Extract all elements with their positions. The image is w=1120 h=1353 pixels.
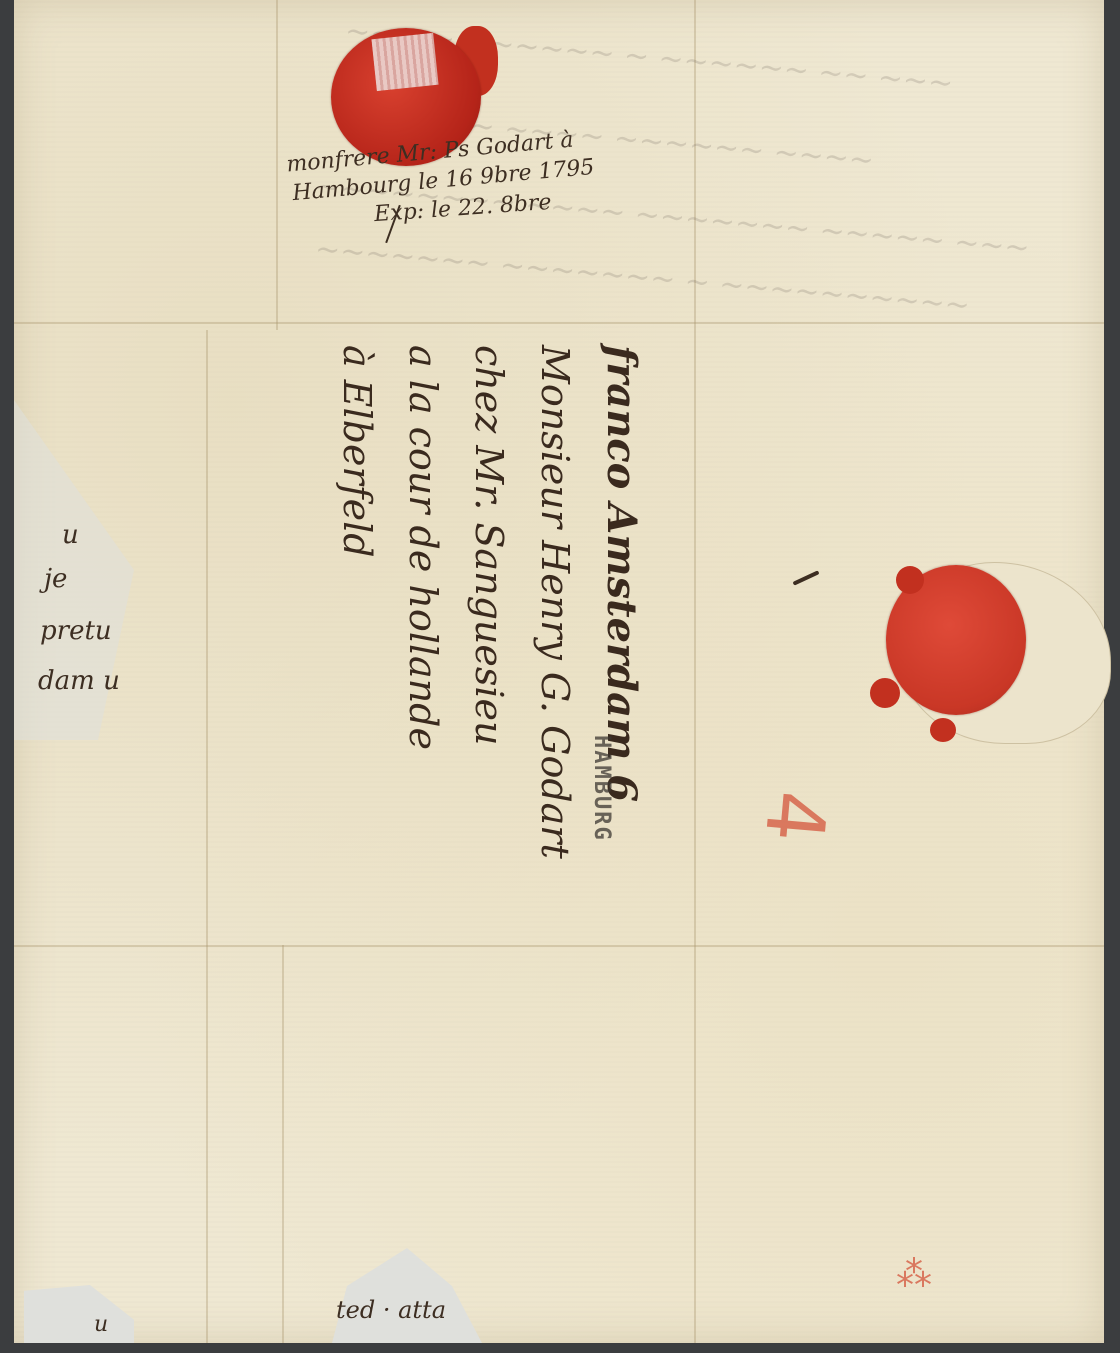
wax-drop — [870, 678, 900, 708]
horizontal-fold — [14, 945, 1104, 947]
fragment-text-2: je — [44, 564, 67, 594]
red-rate-mark: 4 — [747, 787, 844, 846]
address-line-5: à Elberfeld — [324, 345, 390, 859]
vertical-fold — [206, 330, 208, 1343]
address-line-4: a la cour de hollande — [390, 345, 456, 859]
fragment-text-3: pretu — [40, 616, 112, 646]
fragment-text-1: u — [62, 520, 79, 550]
hamburg-postmark: HAMBURG — [589, 735, 614, 842]
torn-corner — [24, 1285, 134, 1343]
horizontal-fold — [14, 322, 1104, 324]
vertical-fold — [276, 0, 278, 330]
letter-sheet: ~~~ ~~ ~~~~~ ~ ~~~~~~ ~~ ~~~ ~~~~ ~~ ~~~… — [14, 0, 1104, 1343]
bottom-fragment-text: ted · atta — [336, 1296, 446, 1324]
ink-mark — [792, 570, 819, 585]
seal-paper-remnant — [371, 33, 438, 91]
red-corner-mark: ⁂ — [896, 1254, 932, 1295]
wax-drop — [896, 566, 924, 594]
corner-fragment-text: u — [94, 1312, 108, 1337]
fragment-text-4: dam u — [38, 666, 120, 696]
address-line-2: Monsieur Henry G. Godart — [522, 345, 588, 859]
wax-drop — [930, 718, 956, 742]
address-line-3: chez Mr. Sanguesieu — [456, 345, 522, 859]
vertical-fold — [282, 945, 284, 1343]
